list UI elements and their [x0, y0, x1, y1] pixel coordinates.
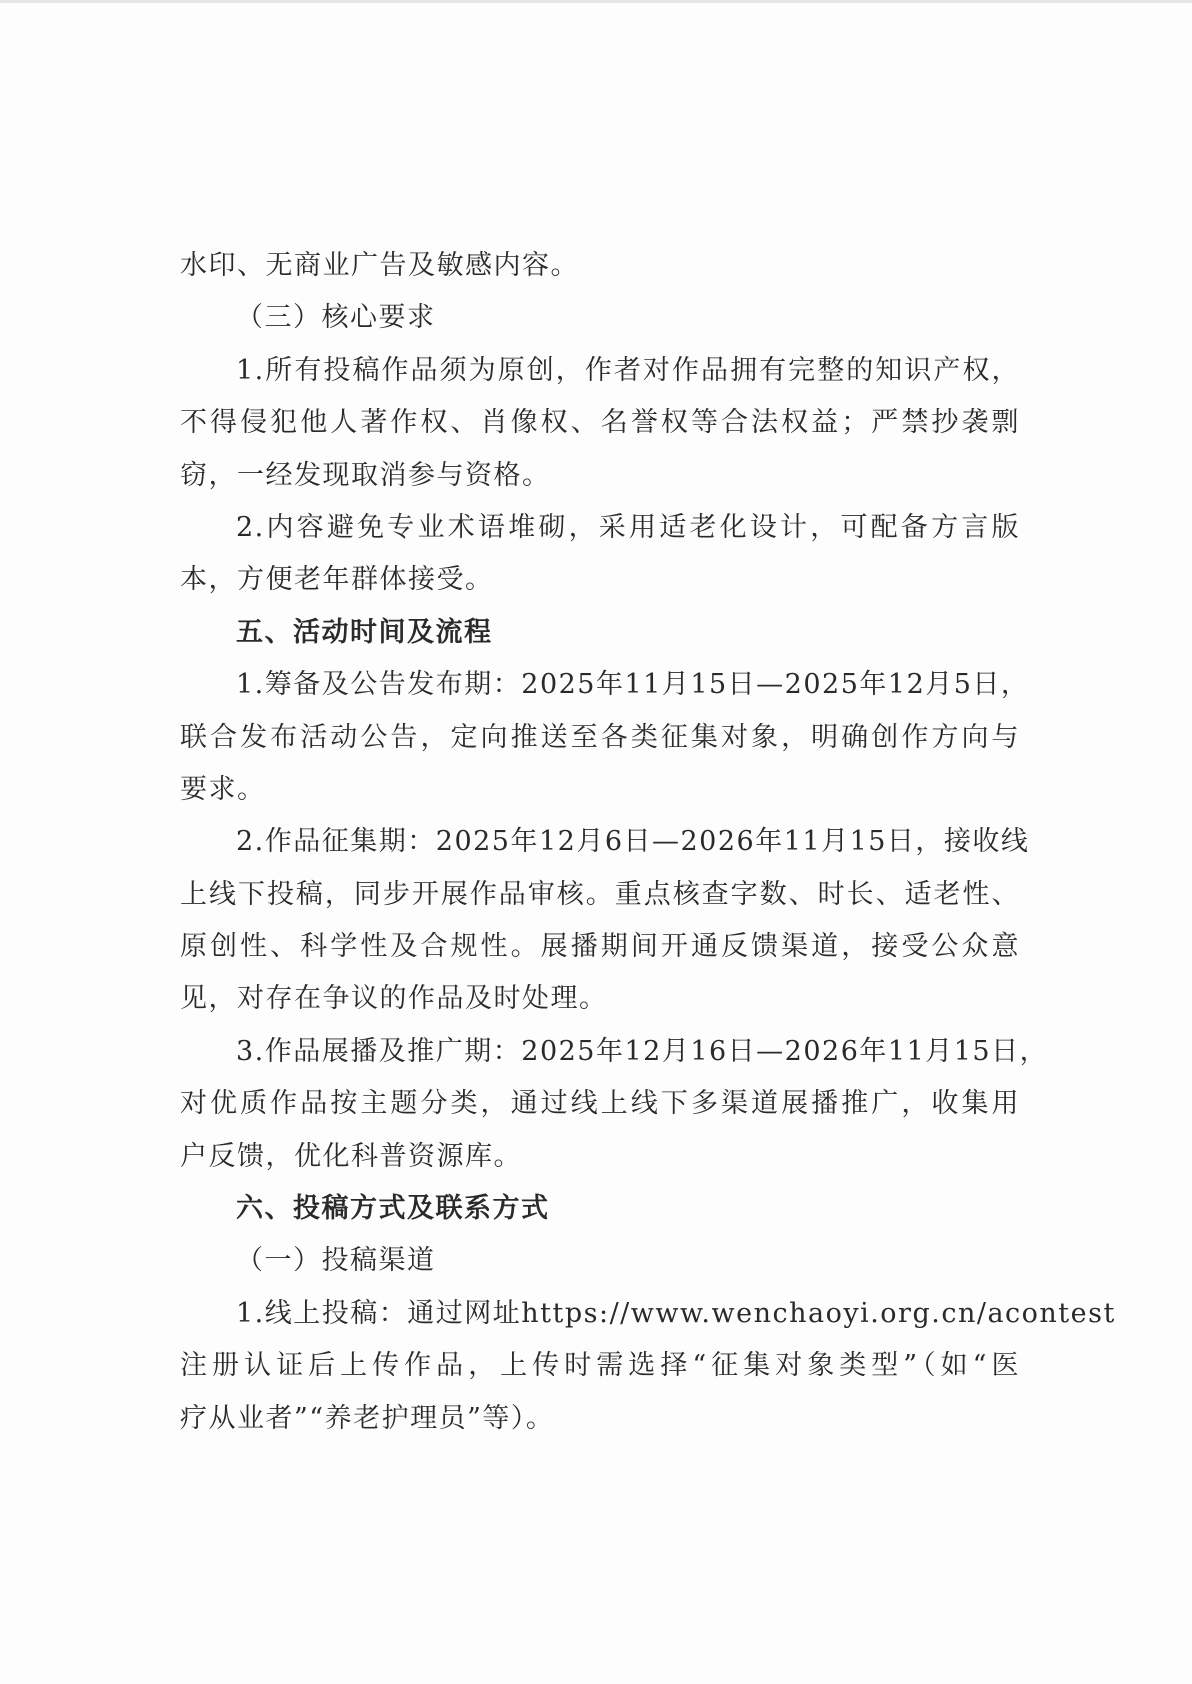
- body-line: 2.作品征集期：2025年12月6日—2026年11月15日，接收线: [180, 816, 1020, 868]
- body-line: 不得侵犯他人著作权、肖像权、名誉权等合法权益；严禁抄袭剽: [180, 397, 1020, 449]
- body-line: 2.内容避免专业术语堆砌，采用适老化设计，可配备方言版: [180, 502, 1020, 554]
- body-line: 要求。: [180, 764, 1020, 816]
- page-edge: [0, 0, 1192, 3]
- body-line: 原创性、科学性及合规性。展播期间开通反馈渠道，接受公众意: [180, 921, 1020, 973]
- body-line: 1.筹备及公告发布期：2025年11月15日—2025年12月5日，: [180, 659, 1020, 711]
- body-line: 注册认证后上传作品，上传时需选择“征集对象类型”（如“医: [180, 1340, 1020, 1392]
- subheading-submission-channels: （一）投稿渠道: [180, 1235, 1020, 1287]
- body-line: 对优质作品按主题分类，通过线上线下多渠道展播推广，收集用: [180, 1078, 1020, 1130]
- body-line: 联合发布活动公告，定向推送至各类征集对象，明确创作方向与: [180, 712, 1020, 764]
- body-line: 窃，一经发现取消参与资格。: [180, 450, 1020, 502]
- body-line: 见，对存在争议的作品及时处理。: [180, 973, 1020, 1025]
- document-body: 水印、无商业广告及敏感内容。 （三）核心要求 1.所有投稿作品须为原创，作者对作…: [180, 240, 1020, 1445]
- body-line: 疗从业者”“养老护理员”等）。: [180, 1393, 1020, 1445]
- body-line: 本，方便老年群体接受。: [180, 554, 1020, 606]
- body-line: 3.作品展播及推广期：2025年12月16日—2026年11月15日，: [180, 1026, 1020, 1078]
- body-line: 水印、无商业广告及敏感内容。: [180, 240, 1020, 292]
- body-line: 上线下投稿，同步开展作品审核。重点核查字数、时长、适老性、: [180, 869, 1020, 921]
- heading-submission: 六、投稿方式及联系方式: [180, 1183, 1020, 1235]
- body-line: 户反馈，优化科普资源库。: [180, 1131, 1020, 1183]
- heading-schedule: 五、活动时间及流程: [180, 607, 1020, 659]
- body-line-url: 1.线上投稿：通过网址https://www.wenchaoyi.org.cn/…: [180, 1288, 1020, 1340]
- body-line: 1.所有投稿作品须为原创，作者对作品拥有完整的知识产权，: [180, 345, 1020, 397]
- subheading-core-requirements: （三）核心要求: [180, 292, 1020, 344]
